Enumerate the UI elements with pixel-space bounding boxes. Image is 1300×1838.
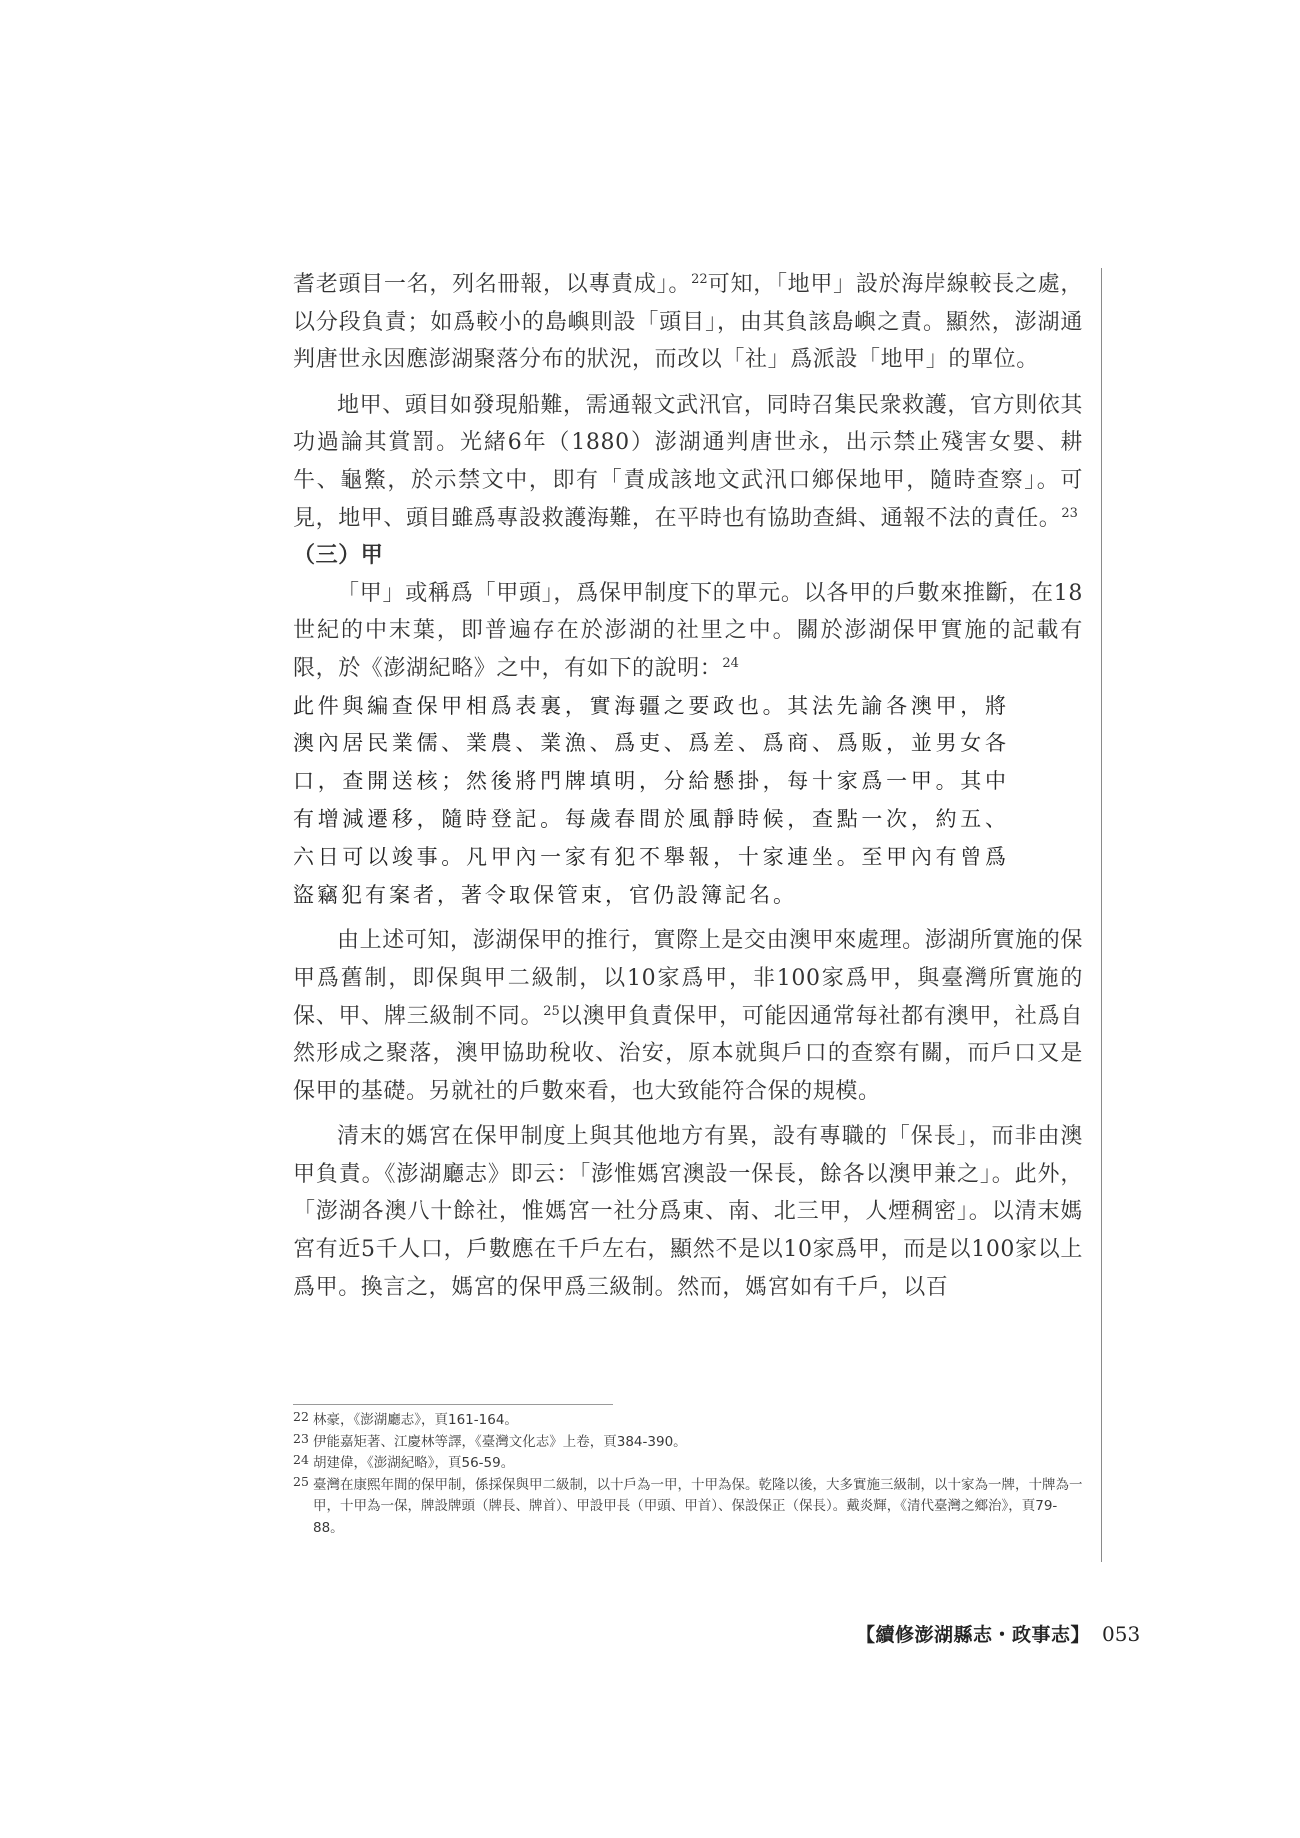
- footnote-ref-22[interactable]: 22: [691, 272, 708, 287]
- footnote-text: 林豪，《澎湖廳志》，頁161-164。: [313, 1412, 518, 1428]
- running-title: 【續修澎湖縣志・政事志】: [856, 1624, 1090, 1646]
- footnote-ref-24[interactable]: 24: [722, 656, 739, 671]
- footnote-text: 臺灣在康熙年間的保甲制，係採保與甲二級制，以十戶為一甲，十甲為保。乾隆以後，大多…: [313, 1477, 1083, 1536]
- footnote-ref-23[interactable]: 23: [1061, 506, 1078, 521]
- paragraph-text: 耆老頭目一名，列名冊報，以專責成」。: [293, 272, 691, 297]
- footnote-25: 25 臺灣在康熙年間的保甲制，係採保與甲二級制，以十戶為一甲，十甲為保。乾隆以後…: [293, 1475, 1083, 1540]
- paragraph-baojia: 由上述可知，澎湖保甲的推行，實際上是交由澳甲來處理。澎湖所實施的保甲爲舊制，即保…: [293, 922, 1083, 1110]
- footnote-ref-25[interactable]: 25: [543, 1004, 560, 1019]
- paragraph-text: 「甲」或稱爲「甲頭」，爲保甲制度下的單元。以各甲的戶數來推斷，在18世紀的中末葉…: [293, 581, 1083, 681]
- paragraph-continued: 耆老頭目一名，列名冊報，以專責成」。22可知，「地甲」設於海岸線較長之處，以分段…: [293, 266, 1083, 379]
- footnote-separator: [293, 1404, 613, 1405]
- page-footer: 【續修澎湖縣志・政事志】053: [856, 1620, 1140, 1647]
- footnote-number: 23: [293, 1428, 309, 1450]
- footnote-number: 24: [293, 1449, 309, 1471]
- footnotes: 22 林豪，《澎湖廳志》，頁161-164。 23 伊能嘉矩著、江慶林等譯，《臺…: [293, 1410, 1083, 1539]
- footnote-24: 24 胡建偉，《澎湖紀略》，頁56-59。: [293, 1453, 1083, 1475]
- footnote-text: 胡建偉，《澎湖紀略》，頁56-59。: [313, 1455, 514, 1471]
- body-text: 耆老頭目一名，列名冊報，以專責成」。22可知，「地甲」設於海岸線較長之處，以分段…: [293, 266, 1083, 1306]
- block-quote: 此件與編查保甲相爲表裏，實海疆之要政也。其法先諭各澳甲，將澳內居民業儒、業農、業…: [293, 688, 1009, 915]
- document-page: 耆老頭目一名，列名冊報，以專責成」。22可知，「地甲」設於海岸線較長之處，以分段…: [0, 0, 1300, 1838]
- footnote-number: 22: [293, 1406, 309, 1428]
- paragraph-jia: 「甲」或稱爲「甲頭」，爲保甲制度下的單元。以各甲的戶數來推斷，在18世紀的中末葉…: [293, 575, 1083, 688]
- page-number: 053: [1102, 1622, 1140, 1646]
- paragraph-magong: 清末的媽宮在保甲制度上與其他地方有異，設有專職的「保長」，而非由澳甲負責。《澎湖…: [293, 1118, 1083, 1306]
- paragraph-text: 清末的媽宮在保甲制度上與其他地方有異，設有專職的「保長」，而非由澳甲負責。《澎湖…: [293, 1124, 1083, 1299]
- footnote-22: 22 林豪，《澎湖廳志》，頁161-164。: [293, 1410, 1083, 1432]
- paragraph-shipwreck: 地甲、頭目如發現船難，需通報文武汛官，同時召集民衆救護，官方則依其功過論其賞罰。…: [293, 387, 1083, 537]
- paragraph-text: 地甲、頭目如發現船難，需通報文武汛官，同時召集民衆救護，官方則依其功過論其賞罰。…: [293, 393, 1083, 531]
- section-heading: （三）甲: [293, 537, 1083, 575]
- footnote-23: 23 伊能嘉矩著、江慶林等譯，《臺灣文化志》上卷，頁384-390。: [293, 1432, 1083, 1454]
- margin-rule: [1101, 268, 1102, 1562]
- footnote-text: 伊能嘉矩著、江慶林等譯，《臺灣文化志》上卷，頁384-390。: [313, 1434, 687, 1450]
- footnote-number: 25: [293, 1471, 309, 1493]
